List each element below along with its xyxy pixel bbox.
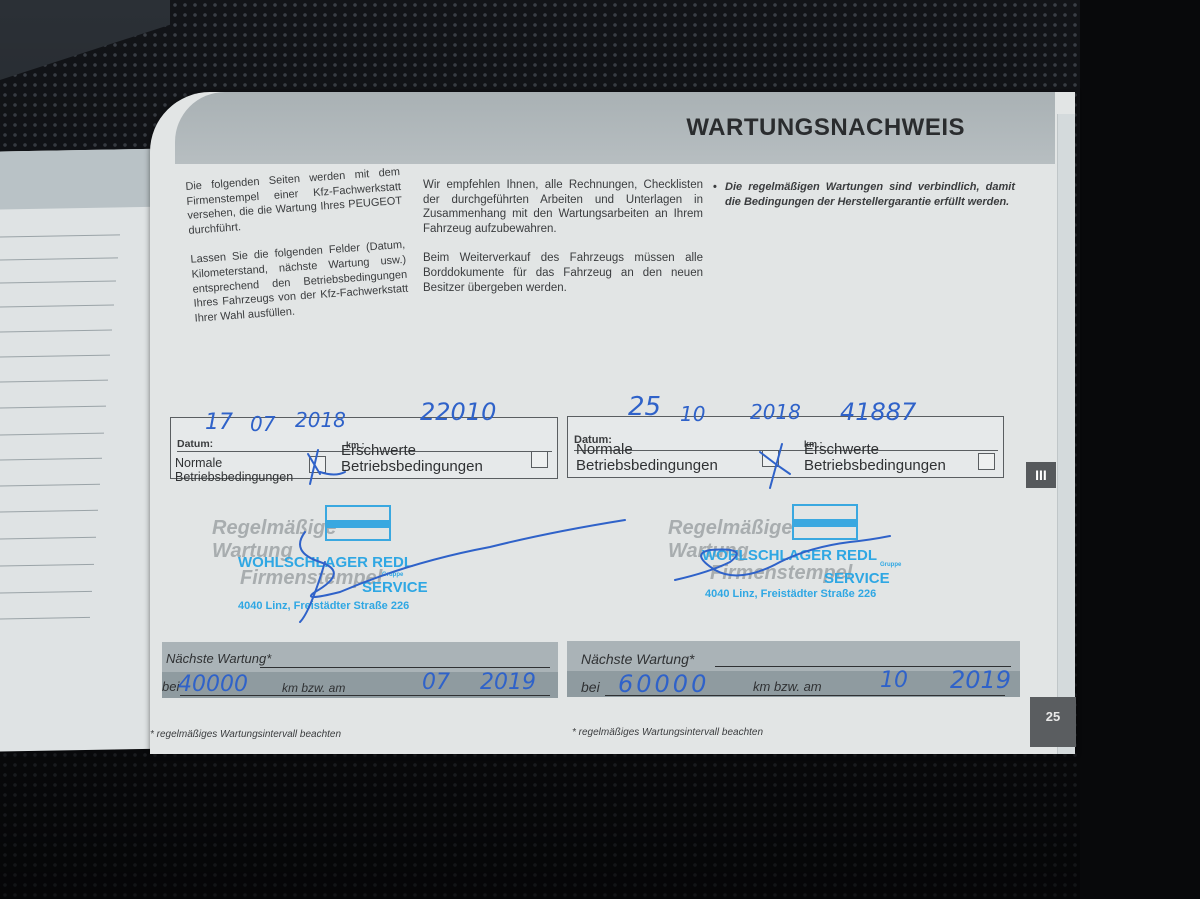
stamp-service: SERVICE: [362, 579, 428, 596]
severe-conditions-checkbox[interactable]: [531, 451, 548, 468]
page-header-band: WARTUNGSNACHWEIS: [175, 92, 1055, 164]
intro-left-column: Die folgenden Seiten werden mit dem Firm…: [185, 165, 410, 326]
severe-conditions-label: Erschwerte Betriebsbedingungen: [804, 442, 946, 474]
ruled-line: [0, 355, 110, 358]
entry-2-date-month: 10: [680, 402, 705, 426]
entry-1-date-year: 2018: [295, 408, 346, 432]
stamp-service: SERVICE: [824, 570, 890, 587]
severe-conditions-line-2: Betriebsbedingungen: [804, 458, 946, 474]
stamp-logo-icon: [792, 504, 858, 540]
entry-2-next-km: 60000: [618, 670, 709, 698]
ruled-line: [0, 564, 94, 567]
intro-middle-paragraph-1: Wir empfehlen Ihnen, alle Rechnungen, Ch…: [423, 178, 703, 236]
entry-1-next-month: 07: [422, 670, 450, 695]
maintenance-log-page: WARTUNGSNACHWEIS Die folgenden Seiten we…: [150, 92, 1075, 754]
entry-2-km: 41887: [840, 398, 916, 426]
intro-left-paragraph-2: Lassen Sie die folgenden Felder (Datum, …: [190, 238, 410, 326]
stamp-group: Gruppe: [382, 572, 403, 578]
normal-conditions-line-2: Betriebsbedingungen: [576, 458, 718, 474]
stamp-group: Gruppe: [880, 562, 901, 568]
ruled-line: [0, 304, 114, 307]
ruled-line: [0, 591, 92, 594]
entry-2-next-month: 10: [880, 668, 908, 693]
ruled-line: [0, 510, 98, 513]
page-edge: [1057, 114, 1075, 754]
entry-1-date-day: 17: [205, 410, 233, 435]
ruled-line: [0, 484, 100, 487]
normal-conditions-line-2: Betriebsbedingungen: [175, 470, 293, 484]
at-label: bei: [581, 679, 600, 695]
entry-2-date-year: 2018: [750, 400, 801, 424]
stamp-company: WOHLSCHLAGER REDL: [238, 554, 413, 571]
bullet-icon: •: [713, 180, 717, 195]
entry-2-next-year: 2019: [950, 666, 1011, 694]
normal-conditions-label: Normale Betriebsbedingungen: [576, 442, 718, 474]
entry-1-next-km: 40000: [178, 672, 248, 697]
stamp-address: 4040 Linz, Freistädter Straße 226: [238, 600, 409, 612]
footnote-right: * regelmäßiges Wartungsintervall beachte…: [572, 727, 763, 738]
page-number: 25: [1030, 697, 1076, 747]
km-or-at-label: km bzw. am: [282, 681, 345, 695]
stamp-address: 4040 Linz, Freistädter Straße 226: [705, 588, 876, 600]
entry-1-next-year: 2019: [480, 670, 536, 695]
entry-1-date-month: 07: [250, 412, 275, 436]
ruled-line: [0, 406, 106, 409]
severe-conditions-line-1: Erschwerte: [341, 443, 483, 459]
next-service-label: Nächste Wartung*: [581, 651, 694, 667]
ruled-line: [0, 380, 108, 383]
ruled-line: [0, 257, 118, 260]
at-label: bei: [162, 679, 179, 694]
km-or-at-label: km bzw. am: [753, 679, 822, 694]
intro-right-paragraph: Die regelmäßigen Wartungen sind verbindl…: [725, 180, 1015, 209]
intro-left-paragraph-1: Die folgenden Seiten werden mit dem Firm…: [185, 165, 404, 238]
ruled-line: [0, 537, 96, 540]
normal-conditions-checkbox[interactable]: [309, 456, 326, 473]
intro-middle-paragraph-2: Beim Weiterverkauf des Fahrzeugs müssen …: [423, 251, 703, 295]
ruled-line: [0, 617, 90, 620]
datum-label: Datum:: [177, 438, 213, 450]
ruled-line: [0, 330, 112, 333]
severe-conditions-line-2: Betriebsbedingungen: [341, 459, 483, 475]
stamp-logo-icon: [325, 505, 391, 541]
entry-2-date-day: 25: [628, 392, 661, 422]
entry-1-km: 22010: [420, 398, 496, 426]
normal-conditions-checkbox[interactable]: [762, 450, 779, 467]
ruled-line: [0, 433, 104, 436]
ruled-line: [0, 234, 120, 237]
severe-conditions-line-1: Erschwerte: [804, 442, 946, 458]
footnote-left: * regelmäßiges Wartungsintervall beachte…: [150, 729, 341, 740]
next-service-label: Nächste Wartung*: [166, 651, 271, 666]
section-tab-marker: III: [1026, 462, 1056, 488]
severe-conditions-label: Erschwerte Betriebsbedingungen: [341, 443, 483, 475]
intro-right-column: • Die regelmäßigen Wartungen sind verbin…: [725, 180, 1015, 209]
ruled-line: [0, 458, 102, 461]
normal-conditions-line-1: Normale: [576, 442, 718, 458]
background-dark-area: [1080, 0, 1200, 899]
intro-middle-column: Wir empfehlen Ihnen, alle Rechnungen, Ch…: [423, 178, 703, 295]
normal-conditions-label: Normale Betriebsbedingungen: [175, 456, 293, 484]
ruled-line: [0, 280, 116, 283]
next-service-underline: [260, 667, 550, 668]
normal-conditions-line-1: Normale: [175, 456, 293, 470]
service-entry-2-header: Datum: km : Normale Betriebsbedingungen …: [567, 416, 1004, 478]
stamp-company: WOHLSCHLAGER REDL: [702, 547, 877, 564]
severe-conditions-checkbox[interactable]: [978, 453, 995, 470]
page-title: WARTUNGSNACHWEIS: [686, 114, 965, 142]
